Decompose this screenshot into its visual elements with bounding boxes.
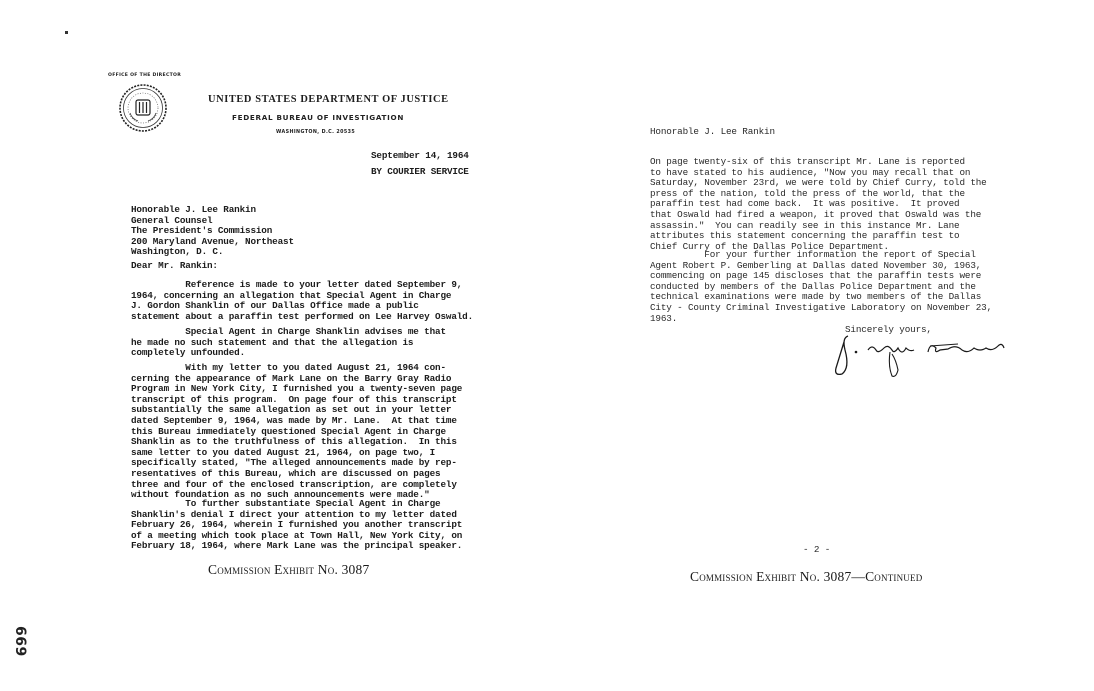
letter-paragraph: With my letter to you dated August 21, 1… — [131, 363, 462, 501]
signature-j-edgar-hoover-icon — [830, 330, 1015, 380]
letter-paragraph: For your further information the report … — [650, 250, 992, 324]
fbi-seal-icon — [118, 83, 168, 133]
letter-paragraph: To further substantiate Special Agent in… — [131, 499, 462, 552]
office-of-director-label: OFFICE OF THE DIRECTOR — [108, 73, 181, 78]
bureau-heading: FEDERAL BUREAU OF INVESTIGATION — [232, 113, 404, 122]
exhibit-caption: Commission Exhibit No. 3087 — [208, 562, 369, 578]
page-number: - 2 - — [803, 545, 830, 556]
page2-addressee: Honorable J. Lee Rankin — [650, 127, 775, 138]
volume-page-number: 669 — [12, 626, 28, 657]
exhibit-caption-continued: Commission Exhibit No. 3087—Continued — [690, 569, 922, 585]
letter-paragraph: Reference is made to your letter dated S… — [131, 280, 473, 322]
salutation: Dear Mr. Rankin: — [131, 261, 218, 272]
scan-speck — [65, 31, 68, 34]
letter-paragraph: On page twenty-six of this transcript Mr… — [650, 157, 987, 252]
letter-paragraph: Special Agent in Charge Shanklin advises… — [131, 327, 446, 359]
letter-date: September 14, 1964 — [371, 151, 469, 162]
delivery-method: BY COURIER SERVICE — [371, 167, 469, 178]
recipient-address: Honorable J. Lee Rankin General Counsel … — [131, 205, 294, 258]
city-line: WASHINGTON, D.C. 20535 — [276, 130, 355, 135]
department-heading: UNITED STATES DEPARTMENT OF JUSTICE — [208, 94, 449, 105]
